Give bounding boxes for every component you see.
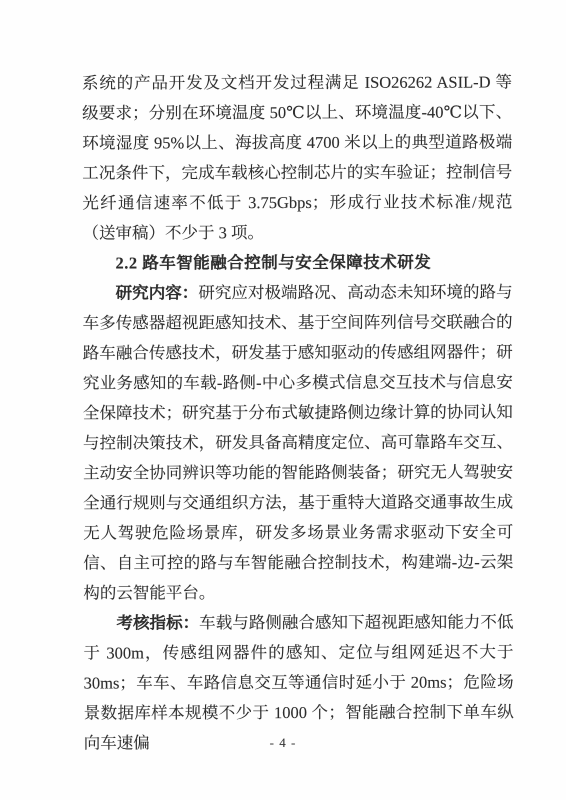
paragraph-text: 系统的产品开发及文档开发过程满足 ISO26262 ASIL-D 等级要求；分别…	[82, 72, 512, 242]
paragraph-text: 研究应对极端路况、高动态未知环境的路与车多传感器超视距感知技术、基于空间阵列信号…	[83, 282, 514, 602]
paragraph-text: 车载与路侧融合感知下超视距感知能力不低于 300m，传感组网器件的感知、定位与组…	[84, 612, 514, 752]
document-page: 系统的产品开发及文档开发过程满足 ISO26262 ASIL-D 等级要求；分别…	[0, 0, 566, 800]
paragraph-label: 2.2 路车智能融合控制与安全保障技术研发	[115, 253, 431, 273]
paragraph: 研究内容：研究应对极端路况、高动态未知环境的路与车多传感器超视距感知技术、基于空…	[83, 277, 514, 608]
paragraph: 系统的产品开发及文档开发过程满足 ISO26262 ASIL-D 等级要求；分别…	[82, 67, 512, 248]
paragraph-label: 研究内容：	[116, 283, 199, 302]
page-body-text: 系统的产品开发及文档开发过程满足 ISO26262 ASIL-D 等级要求；分别…	[82, 67, 514, 758]
page-number: - 4 -	[0, 735, 566, 751]
paragraph-label: 考核指标：	[116, 613, 199, 632]
section-heading: 2.2 路车智能融合控制与安全保障技术研发	[82, 247, 512, 278]
